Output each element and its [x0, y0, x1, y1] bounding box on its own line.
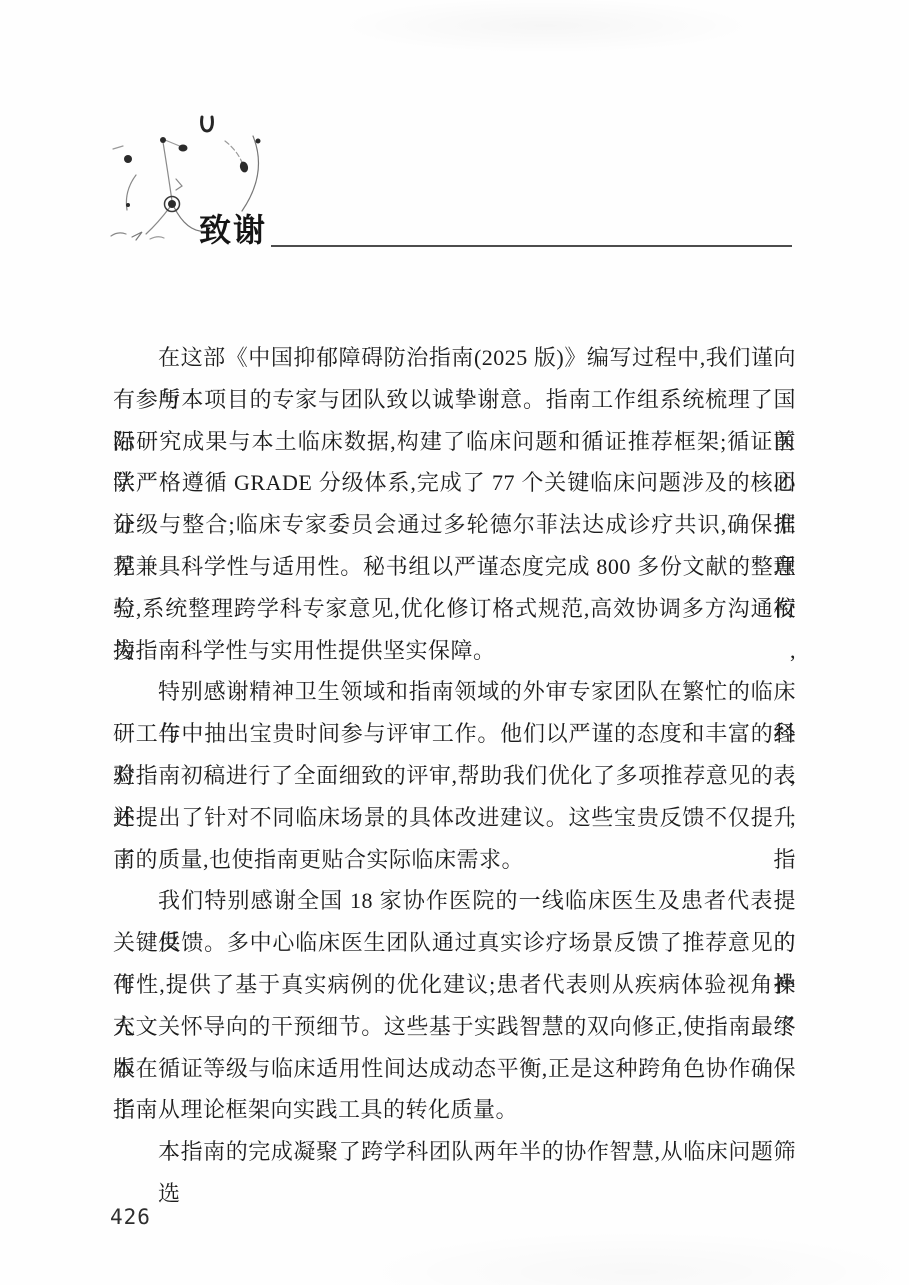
text-line: 见兼具科学性与适用性。秘书组以严谨态度完成 800 多份文献的整理与校 — [113, 546, 796, 588]
text-line: 有参与本项目的专家与团队致以诚挚谢意。指南工作组系统梳理了国际前 — [113, 379, 796, 421]
text-line: 对指南初稿进行了全面细致的评审,帮助我们优化了多项推荐意见的表述, — [113, 755, 796, 797]
chapter-title: 致谢 — [199, 211, 267, 249]
text-line: 人文关怀导向的干预细节。这些基于实践智慧的双向修正,使指南最终版 — [113, 1006, 796, 1048]
text-line: 本在循证等级与临床适用性间达成动态平衡,正是这种跨角色协作确保了 — [113, 1048, 796, 1090]
document-page: 致谢 在这部《中国抑郁障碍防治指南(2025 版)》编写过程中,我们谨向所有参与… — [0, 0, 909, 1285]
text-line: 验,系统整理跨学科专家意见,优化修订格式规范,高效协调多方沟通衔接, — [113, 588, 796, 630]
text-line: 本指南的完成凝聚了跨学科团队两年半的协作智慧,从临床问题筛选 — [113, 1131, 796, 1173]
text-line: 作性,提供了基于真实病例的优化建议;患者代表则从疾病体验视角补充了 — [113, 964, 796, 1006]
text-line: 特别感谢精神卫生领域和指南领域的外审专家团队在繁忙的临床与科 — [113, 671, 796, 713]
text-line: 关键反馈。多中心临床医生团队通过真实诊疗场景反馈了推荐意见的可操 — [113, 922, 796, 964]
text-line: 并提出了针对不同临床场景的具体改进建议。这些宝贵反馈不仅提升了指 — [113, 797, 796, 839]
page-number: 426 — [110, 1205, 151, 1229]
text-line: 我们特别感谢全国 18 家协作医院的一线临床医生及患者代表提供的 — [113, 880, 796, 922]
text-line: 研工作中抽出宝贵时间参与评审工作。他们以严谨的态度和丰富的经验, — [113, 713, 796, 755]
title-underline-rule — [271, 245, 792, 247]
text-line: 在这部《中国抑郁障碍防治指南(2025 版)》编写过程中,我们谨向所 — [113, 337, 796, 379]
text-line: 指南从理论框架向实践工具的转化质量。 — [113, 1089, 796, 1131]
text-line: 沿研究成果与本土临床数据,构建了临床问题和循证推荐框架;循证医学团 — [113, 421, 796, 463]
text-line: 队严格遵循 GRADE 分级体系,完成了 77 个关键临床问题涉及的核心证据 — [113, 462, 796, 504]
body-text: 在这部《中国抑郁障碍防治指南(2025 版)》编写过程中,我们谨向所有参与本项目… — [113, 337, 796, 1173]
text-line: 分级与整合;临床专家委员会通过多轮德尔菲法达成诊疗共识,确保推荐意 — [113, 504, 796, 546]
